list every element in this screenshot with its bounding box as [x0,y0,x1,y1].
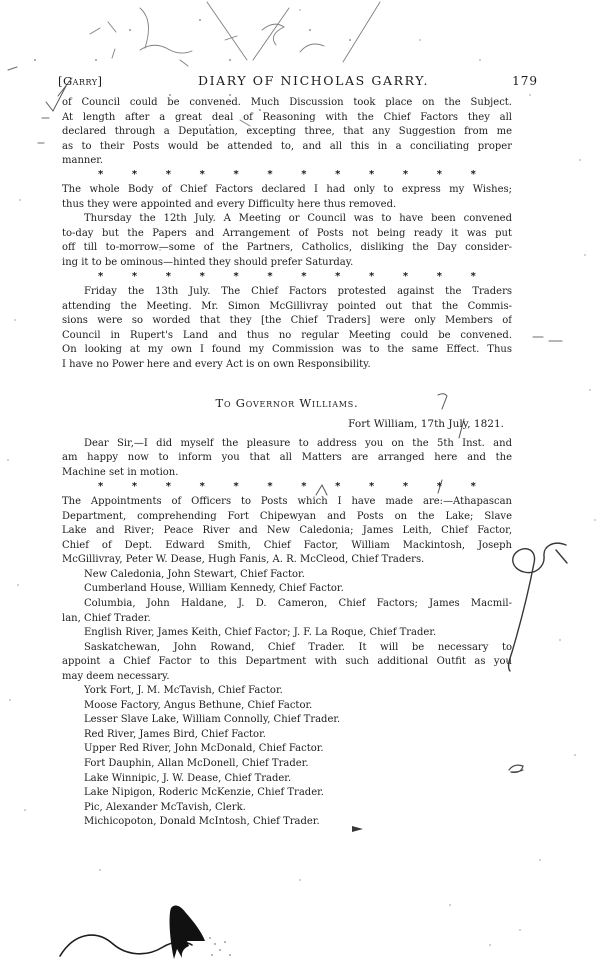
asterisk-icon: * [369,273,374,283]
text-line: Department, comprehending Fort Chipewyan… [62,510,512,525]
text-line: off till to-morrow—some of the Partners,… [62,241,512,256]
asterisk-icon: * [166,171,171,181]
text-line: to-day but the Papers and Arrangement of… [62,227,512,242]
text-line: Chief of Dept. Edward Smith, Chief Facto… [62,539,512,554]
text-line: Friday the 13th July. The Chief Factors … [62,285,512,300]
text-line: Red River, James Bird, Chief Factor. [62,728,512,743]
text-line: Upper Red River, John McDonald, Chief Fa… [62,742,512,757]
asterisk-icon: * [234,171,239,181]
asterisk-icon: * [471,483,476,493]
asterisk-icon: * [267,483,272,493]
asterisk-separator: ************ [62,271,512,286]
asterisk-separator: ************ [62,169,512,184]
scanned-book-page: [Garry] DIARY OF NICHOLAS GARRY. 179 of … [0,0,607,960]
asterisk-icon: * [200,483,205,493]
text-line: Dear Sir,—I did myself the pleasure to a… [62,437,512,452]
text-line: Thursday the 12th July. A Meeting or Cou… [62,212,512,227]
text-line: Michicopoton, Donald McIntosh, Chief Tra… [62,815,512,830]
text-line: On looking at my own I found my Commissi… [62,343,512,358]
asterisk-icon: * [301,483,306,493]
asterisk-icon: * [200,273,205,283]
text-line: Moose Factory, Angus Bethune, Chief Fact… [62,699,512,714]
text-line: of Council could be convened. Much Discu… [62,96,512,111]
asterisk-icon: * [267,273,272,283]
asterisk-icon: * [437,171,442,181]
text-line: Lake Winnipic, J. W. Dease, Chief Trader… [62,772,512,787]
text-line: The Appointments of Officers to Posts wh… [62,495,512,510]
asterisk-icon: * [166,483,171,493]
asterisk-icon: * [98,483,103,493]
text-line: English River, James Keith, Chief Factor… [62,626,512,641]
text-line: Lake Nipigon, Roderic McKenzie, Chief Tr… [62,786,512,801]
asterisk-icon: * [369,171,374,181]
text-line: manner. [62,154,512,169]
text-line: Council in Rupert's Land and thus no reg… [62,329,512,344]
asterisk-icon: * [267,171,272,181]
text-line: Fort Dauphin, Allan McDonell, Chief Trad… [62,757,512,772]
ink-blot [170,906,231,959]
text-line: attending the Meeting. Mr. Simon McGilli… [62,300,512,315]
text-line: Columbia, John Haldane, J. D. Cameron, C… [62,597,512,612]
asterisk-icon: * [471,273,476,283]
text-line: The whole Body of Chief Factors declared… [62,183,512,198]
page-body: of Council could be convened. Much Discu… [62,96,512,830]
asterisk-icon: * [234,273,239,283]
letter-dateline: Fort William, 17th July, 1821. [62,417,512,432]
asterisk-icon: * [132,273,137,283]
asterisk-icon: * [369,483,374,493]
text-line: At length after a great deal of Reasonin… [62,111,512,126]
text-line: I have no Power here and every Act is on… [62,358,512,373]
pen-flourish [509,543,567,671]
asterisk-icon: * [335,171,340,181]
letter-heading: To Governor Williams. [62,396,512,411]
text-line: Pic, Alexander McTavish, Clerk. [62,801,512,816]
asterisk-separator: ************ [62,481,512,496]
asterisk-icon: * [166,273,171,283]
asterisk-icon: * [98,171,103,181]
page-title: DIARY OF NICHOLAS GARRY. [153,73,474,88]
asterisk-icon: * [234,483,239,493]
asterisk-icon: * [301,171,306,181]
page-number: 179 [474,74,538,88]
text-line: am happy now to inform you that all Matt… [62,451,512,466]
asterisk-icon: * [403,171,408,181]
spacer [62,372,512,396]
text-line: declared through a Deputation, excepting… [62,125,512,140]
asterisk-icon: * [437,273,442,283]
asterisk-icon: * [471,171,476,181]
text-line: New Caledonia, John Stewart, Chief Facto… [62,568,512,583]
asterisk-icon: * [335,273,340,283]
text-line: Lake and River; Peace River and New Cale… [62,524,512,539]
text-line: Saskatchewan, John Rowand, Chief Trader.… [62,641,512,656]
text-line: Cumberland House, William Kennedy, Chief… [62,582,512,597]
text-line: lan, Chief Trader. [62,612,512,627]
text-line: Lesser Slave Lake, William Connolly, Chi… [62,713,512,728]
text-line: York Fort, J. M. McTavish, Chief Factor. [62,684,512,699]
text-line: may deem necessary. [62,670,512,685]
asterisk-icon: * [98,273,103,283]
text-line: appoint a Chief Factor to this Departmen… [62,655,512,670]
text-line: ing it to be ominous—hinted they should … [62,256,512,271]
text-line: as to their Posts would be attended to, … [62,140,512,155]
folio-label: [Garry] [58,74,153,88]
bottom-wavy-line [60,935,192,956]
text-line: McGillivray, Peter W. Dease, Hugh Fanis,… [62,553,512,568]
text-line: sions were so worded that they [the Chie… [62,314,512,329]
asterisk-icon: * [132,483,137,493]
asterisk-icon: * [403,273,408,283]
page-header: [Garry] DIARY OF NICHOLAS GARRY. 179 [58,73,538,88]
asterisk-icon: * [301,273,306,283]
text-line: Machine set in motion. [62,466,512,481]
asterisk-icon: * [132,171,137,181]
asterisk-icon: * [335,483,340,493]
asterisk-icon: * [437,483,442,493]
text-line: thus they were appointed and every Diffi… [62,198,512,213]
asterisk-icon: * [403,483,408,493]
asterisk-icon: * [200,171,205,181]
